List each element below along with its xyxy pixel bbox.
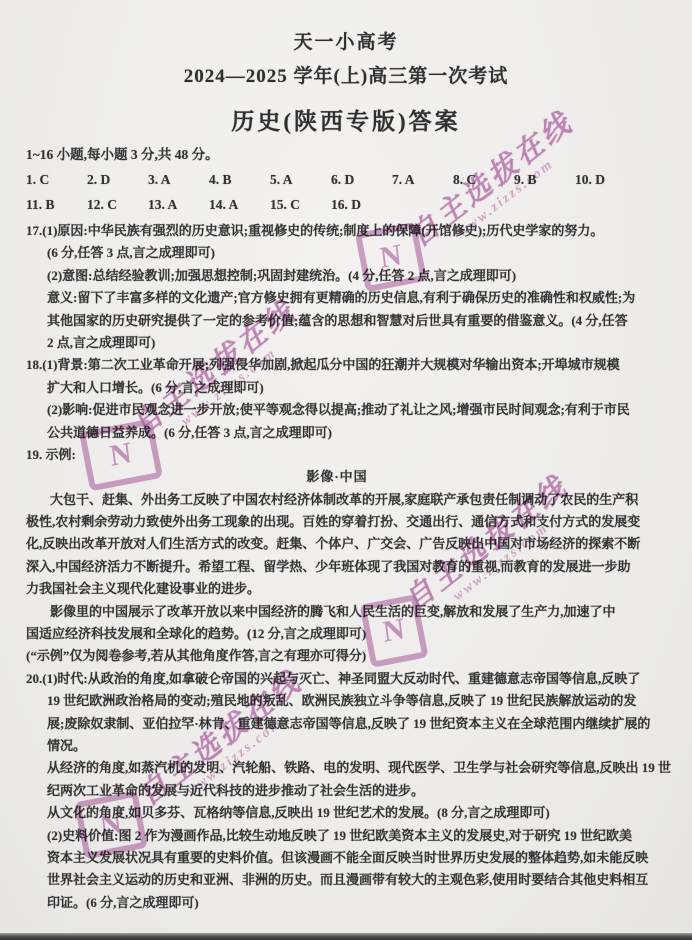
answer-cell: 14. A <box>209 193 270 220</box>
text-line: 20.(1)时代:从政治的角度,如拿破仑帝国的兴起与灭亡、神圣同盟大反动时代、重… <box>26 668 668 690</box>
answer-row-2: 11. B12. C13. A14. A15. C16. D <box>26 193 668 220</box>
text-line: 情况。 <box>26 735 668 757</box>
answer-cell: 13. A <box>148 193 209 220</box>
text-line: 大包干、赶集、外出务工反映了中国农村经济体制改革的开展,家庭联产承包责任制调动了… <box>26 489 668 511</box>
answer-cell: 9. B <box>514 167 575 193</box>
text-line: (2)史料价值:图 2 作为漫画作品,比较生动地反映了 19 世纪欧美资本主义的… <box>26 825 668 847</box>
text-line: (2)意图:总结经验教训;加强思想控制;巩固封建统治。(4 分,任答 2 点,言… <box>26 265 668 287</box>
answer-cell: 1. C <box>26 167 87 193</box>
answer-cell: 10. D <box>575 167 636 193</box>
text-line: 深入,中国经济活力不断提升。希望工程、留学热、少年班体现了我国对教育的重视,而教… <box>26 556 668 578</box>
answer-sheet-content: 1~16 小题,每小题 3 分,共 48 分。 1. C2. D3. A4. B… <box>26 147 668 914</box>
text-line: 19. 示例: <box>26 444 668 466</box>
text-line: 扩大和人口增长。(6 分,言之成理即可) <box>26 377 668 399</box>
text-line: 纪两次工业革命的发展与近代科技的进步推动了社会生活的进步。 <box>26 780 668 802</box>
text-line: 国适应经济科技发展和全球化的趋势。(12 分,言之成理即可) <box>26 623 668 645</box>
scan-bottom-shadow <box>0 933 692 940</box>
text-line: (“示例”仅为阅卷参考,若从其他角度作答,言之有理亦可得分) <box>26 645 668 667</box>
answer-cell: 16. D <box>331 193 392 220</box>
text-line: 18.(1)背景:第二次工业革命开展;列强侵华加剧,掀起瓜分中国的狂潮并大规模对… <box>26 354 668 376</box>
text-line: 资本主义发展状况具有重要的史料价值。但该漫画不能全面反映当时世界历史发展的整体趋… <box>26 847 668 869</box>
text-line: 印证。(6 分,言之成理即可) <box>26 892 668 914</box>
exam-session-title: 2024—2025 学年(上)高三第一次考试 <box>0 61 692 88</box>
text-line: 展;废除奴隶制、亚伯拉罕·林肯、重建德意志帝国等信息,反映了 19 世纪资本主义… <box>26 713 668 735</box>
text-line: 力我国社会主义现代化建设事业的进步。 <box>26 578 668 600</box>
paper-title: 历史(陕西专版)答案 <box>0 103 692 136</box>
answer-cell: 2. D <box>87 167 148 193</box>
page-header: 天一小高考 2024—2025 学年(上)高三第一次考试 历史(陕西专版)答案 <box>0 0 692 136</box>
text-line: 影像里的中国展示了改革开放以来中国经济的腾飞和人民生活的巨变,解放和发展了生产力… <box>26 601 668 623</box>
text-line: 从文化的角度,如贝多芬、瓦格纳等信息,反映出 19 世纪艺术的发展。(8 分,言… <box>26 802 668 824</box>
text-line: 影像·中国 <box>26 466 668 488</box>
answer-cell: 6. D <box>331 167 392 193</box>
answer-cell: 3. A <box>148 167 209 193</box>
answer-cell: 5. A <box>270 167 331 193</box>
text-line: 19 世纪欧洲政治格局的变动;殖民地的叛乱、欧洲民族独立斗争等信息,反映了 19… <box>26 690 668 712</box>
answer-cell: 12. C <box>87 193 148 220</box>
scoring-note: 1~16 小题,每小题 3 分,共 48 分。 <box>26 147 668 167</box>
text-line: 2 点,言之成理即可) <box>26 332 668 354</box>
text-line: (6 分,任答 3 点,言之成理即可) <box>26 242 668 264</box>
answer-cell: 11. B <box>26 193 87 220</box>
text-line: 意义:留下了丰富多样的文化遗产;官方修史拥有更精确的历史信息,有利于确保历史的准… <box>26 287 668 309</box>
text-line: (2)影响:促进市民观念进一步开放;使平等观念得以提高;推动了礼让之风;增强市民… <box>26 399 668 421</box>
text-line: 其他国家的历史研究提供了一定的参考价值;蕴含的思想和智慧对后世具有重要的借鉴意义… <box>26 310 668 332</box>
text-line: 从经济的角度,如蒸汽机的发明、汽轮船、铁路、电的发明、现代医学、卫生学与社会研究… <box>26 757 668 779</box>
text-line: 公共道德日益养成。(6 分,任答 3 点,言之成理即可) <box>26 422 668 444</box>
text-line: 极性,农村剩余劳动力致使外出务工现象的出现。百姓的穿着打扮、交通出行、通信方式和… <box>26 511 668 533</box>
scanned-answer-page: 天一小高考 2024—2025 学年(上)高三第一次考试 历史(陕西专版)答案 … <box>0 0 692 940</box>
exam-brand-title: 天一小高考 <box>0 27 692 54</box>
answer-cell: 15. C <box>270 193 331 220</box>
answer-row-1: 1. C2. D3. A4. B5. A6. D7. A8. C9. B10. … <box>26 167 668 193</box>
text-line: 世界社会主义运动的历史和亚洲、非洲的历史。而且漫画带有较大的主观色彩,使用时要结… <box>26 869 668 891</box>
body-text: 17.(1)原因:中华民族有强烈的历史意识;重视修史的传统;制度上的保障(开馆修… <box>26 220 668 914</box>
answer-cell: 7. A <box>392 167 453 193</box>
answer-cell: 8. C <box>453 167 514 193</box>
answer-cell: 4. B <box>209 167 270 193</box>
text-line: 化,反映出改革开放对人们生活方式的改变。赶集、个体户、广交会、广告反映出中国对市… <box>26 533 668 555</box>
text-line: 17.(1)原因:中华民族有强烈的历史意识;重视修史的传统;制度上的保障(开馆修… <box>26 220 668 242</box>
